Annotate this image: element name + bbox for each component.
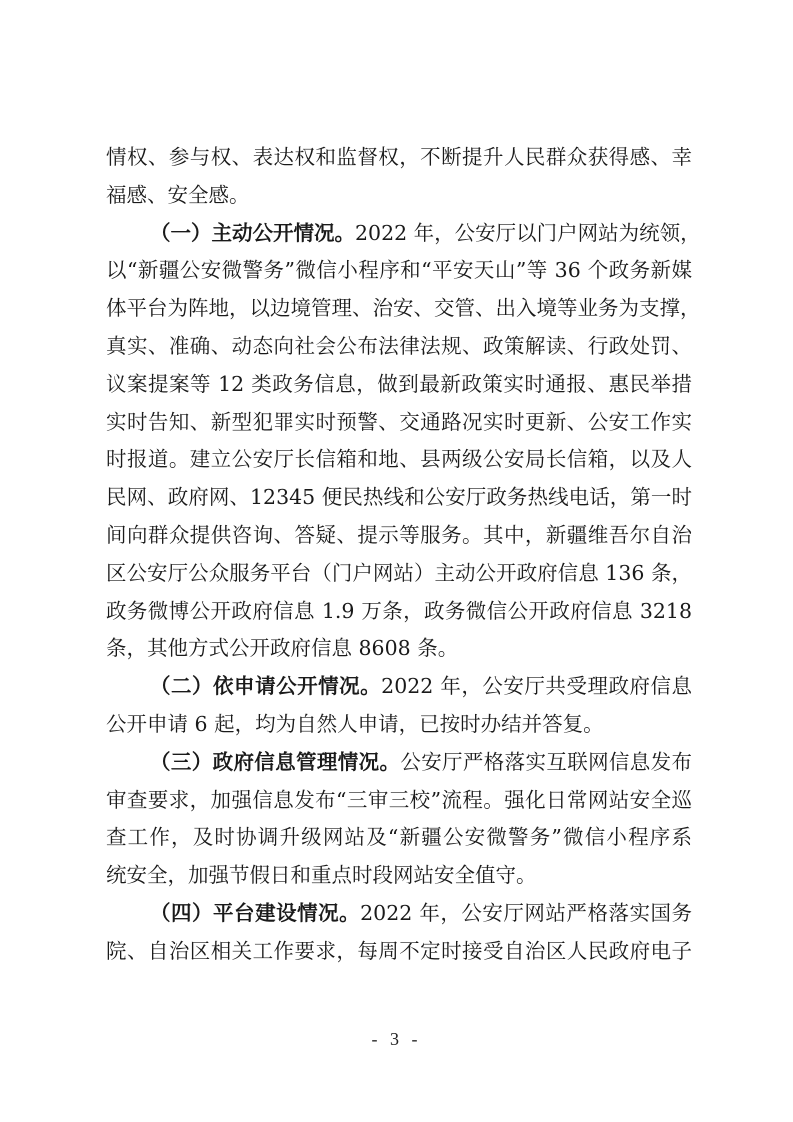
document-page: 情权、参与权、表达权和监督权，不断提升人民群众获得感、幸 福感、安全感。 （一）…: [0, 0, 793, 1122]
section-heading: （一）主动公开情况。: [150, 221, 355, 245]
text-line: 政务微博公开政府信息 1.9 万条，政务微信公开政府信息 3218: [106, 593, 692, 631]
text-line: 议案提案等 12 类政务信息，做到最新政策实时通报、惠民举措: [106, 366, 692, 404]
text-line: 院、自治区相关工作要求，每周不定时接受自治区人民政府电子: [106, 933, 692, 971]
text-line: 查工作，及时协调升级网站及“新疆公安微警务”微信小程序系: [106, 819, 692, 857]
text-line: 福感、安全感。: [106, 177, 692, 215]
body-text: 情权、参与权、表达权和监督权，不断提升人民群众获得感、幸 福感、安全感。 （一）…: [106, 139, 692, 971]
section-heading-line: （三）政府信息管理情况。公安厅严格落实互联网信息发布: [106, 744, 692, 782]
text-line: 公开申请 6 起，均为自然人申请，已按时办结并答复。: [106, 706, 692, 744]
text-line: 以“新疆公安微警务”微信小程序和“平安天山”等 36 个政务新媒: [106, 252, 692, 290]
section-heading: （四）平台建设情况。: [150, 901, 360, 925]
section-text: 2022 年，公安厅共受理政府信息: [381, 674, 692, 698]
text-line: 区公安厅公众服务平台（门户网站）主动公开政府信息 136 条，: [106, 555, 692, 593]
section-heading: （三）政府信息管理情况。: [150, 750, 400, 774]
section-heading: （二）依申请公开情况。: [150, 674, 381, 698]
text-line: 实时告知、新型犯罪实时预警、交通路况实时更新、公安工作实: [106, 404, 692, 442]
section-heading-line: （一）主动公开情况。2022 年，公安厅以门户网站为统领，: [106, 215, 692, 253]
section-text: 公安厅严格落实互联网信息发布: [400, 750, 692, 774]
text-line: 真实、准确、动态向社会公布法律法规、政策解读、行政处罚、: [106, 328, 692, 366]
section-heading-line: （四）平台建设情况。2022 年，公安厅网站严格落实国务: [106, 895, 692, 933]
section-heading-line: （二）依申请公开情况。2022 年，公安厅共受理政府信息: [106, 668, 692, 706]
page-number: - 3 -: [0, 1029, 793, 1050]
text-line: 民网、政府网、12345 便民热线和公安厅政务热线电话，第一时: [106, 479, 692, 517]
text-line: 条，其他方式公开政府信息 8608 条。: [106, 630, 692, 668]
text-line: 体平台为阵地，以边境管理、治安、交管、出入境等业务为支撑，: [106, 290, 692, 328]
text-line: 情权、参与权、表达权和监督权，不断提升人民群众获得感、幸: [106, 139, 692, 177]
text-line: 审查要求，加强信息发布“三审三校”流程。强化日常网站安全巡: [106, 782, 692, 820]
text-line: 时报道。建立公安厅长信箱和地、县两级公安局长信箱，以及人: [106, 441, 692, 479]
text-line: 统安全，加强节假日和重点时段网站安全值守。: [106, 857, 692, 895]
text-line: 间向群众提供咨询、答疑、提示等服务。其中，新疆维吾尔自治: [106, 517, 692, 555]
section-text: 2022 年，公安厅以门户网站为统领，: [355, 221, 701, 245]
section-text: 2022 年，公安厅网站严格落实国务: [360, 901, 692, 925]
